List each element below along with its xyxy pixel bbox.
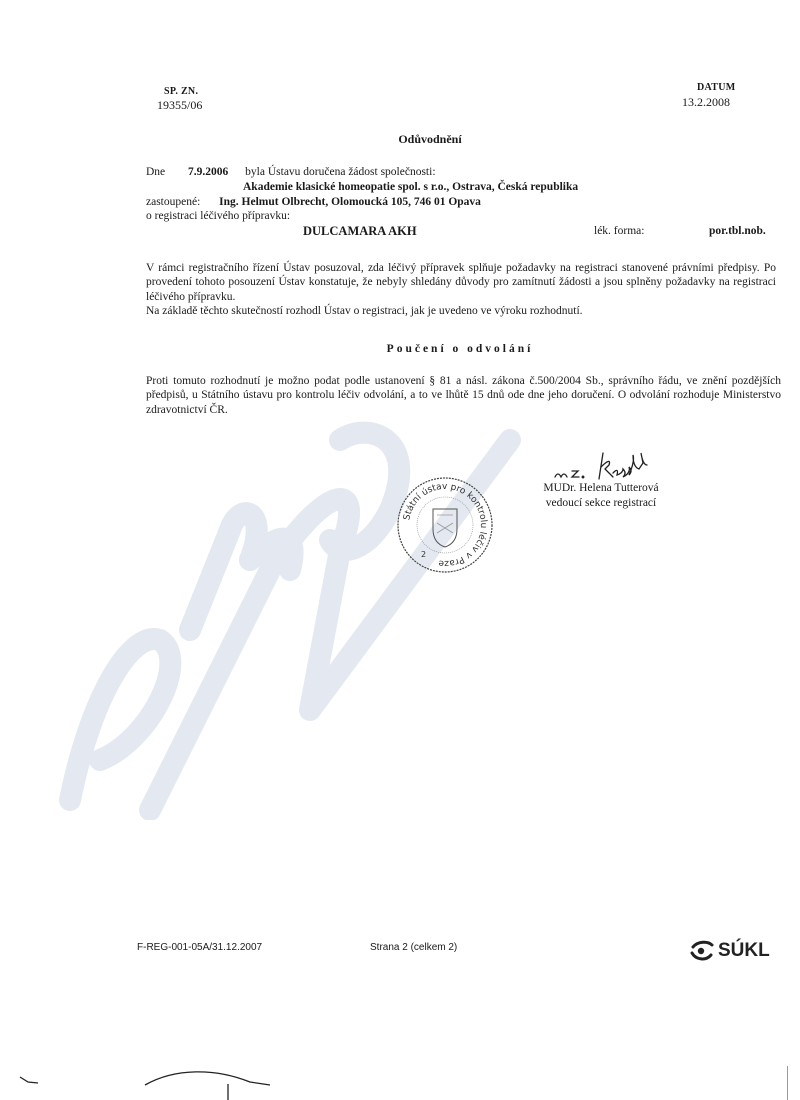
stamp-number: 2 [421,550,426,559]
application-text: byla Ústavu doručena žádost společnosti: [245,166,435,178]
handwritten-signature [545,443,685,483]
decision-paragraph: Na základě těchto skutečností rozhodl Ús… [146,304,776,318]
watermark [40,380,600,820]
official-stamp: Státní ústav pro kontrolu léčiv v Praze … [395,475,495,575]
reasoning-paragraph: V rámci registračního řízení Ústav posuz… [146,261,776,304]
reference-number: 19355/06 [157,98,202,113]
form-code: F-REG-001-05A/31.12.2007 [137,942,262,953]
represented-line: zastoupené: Ing. Helmut Olbrecht, Olomou… [146,195,481,209]
reference-label: SP. ZN. [164,86,198,97]
sukl-logo: SÚKL [690,940,770,962]
registration-subject: o registraci léčivého přípravku: [146,209,290,223]
company-name: Akademie klasické homeopatie spol. s r.o… [243,180,578,194]
application-date: 7.9.2006 [188,166,228,178]
application-line: Dne 7.9.2006 byla Ústavu doručena žádost… [146,165,436,179]
scan-artifact [0,1060,800,1100]
date-label: DATUM [697,82,736,93]
representative: Ing. Helmut Olbrecht, Olomoucká 105, 746… [219,196,481,208]
sukl-eye-icon [690,940,714,962]
date-value: 13.2.2008 [682,95,730,110]
sukl-logo-text: SÚKL [718,940,770,962]
form-label: lék. forma: [594,224,644,238]
page-number: Strana 2 (celkem 2) [370,942,457,953]
dne-label: Dne [146,166,165,178]
represented-label: zastoupené: [146,196,200,208]
form-value: por.tbl.nob. [709,224,766,238]
page-title: Odůvodnění [0,132,800,147]
signatory-name: MUDr. Helena Tutterová [506,481,696,495]
product-name: DULCAMARA AKH [303,224,417,238]
appeal-text: Proti tomuto rozhodnutí je možno podat p… [146,374,781,417]
signatory-role: vedoucí sekce registrací [506,496,696,510]
svg-text:Státní ústav pro kontrolu léči: Státní ústav pro kontrolu léčiv v Praze [402,482,488,568]
appeal-heading: Poučení o odvolání [0,343,800,355]
